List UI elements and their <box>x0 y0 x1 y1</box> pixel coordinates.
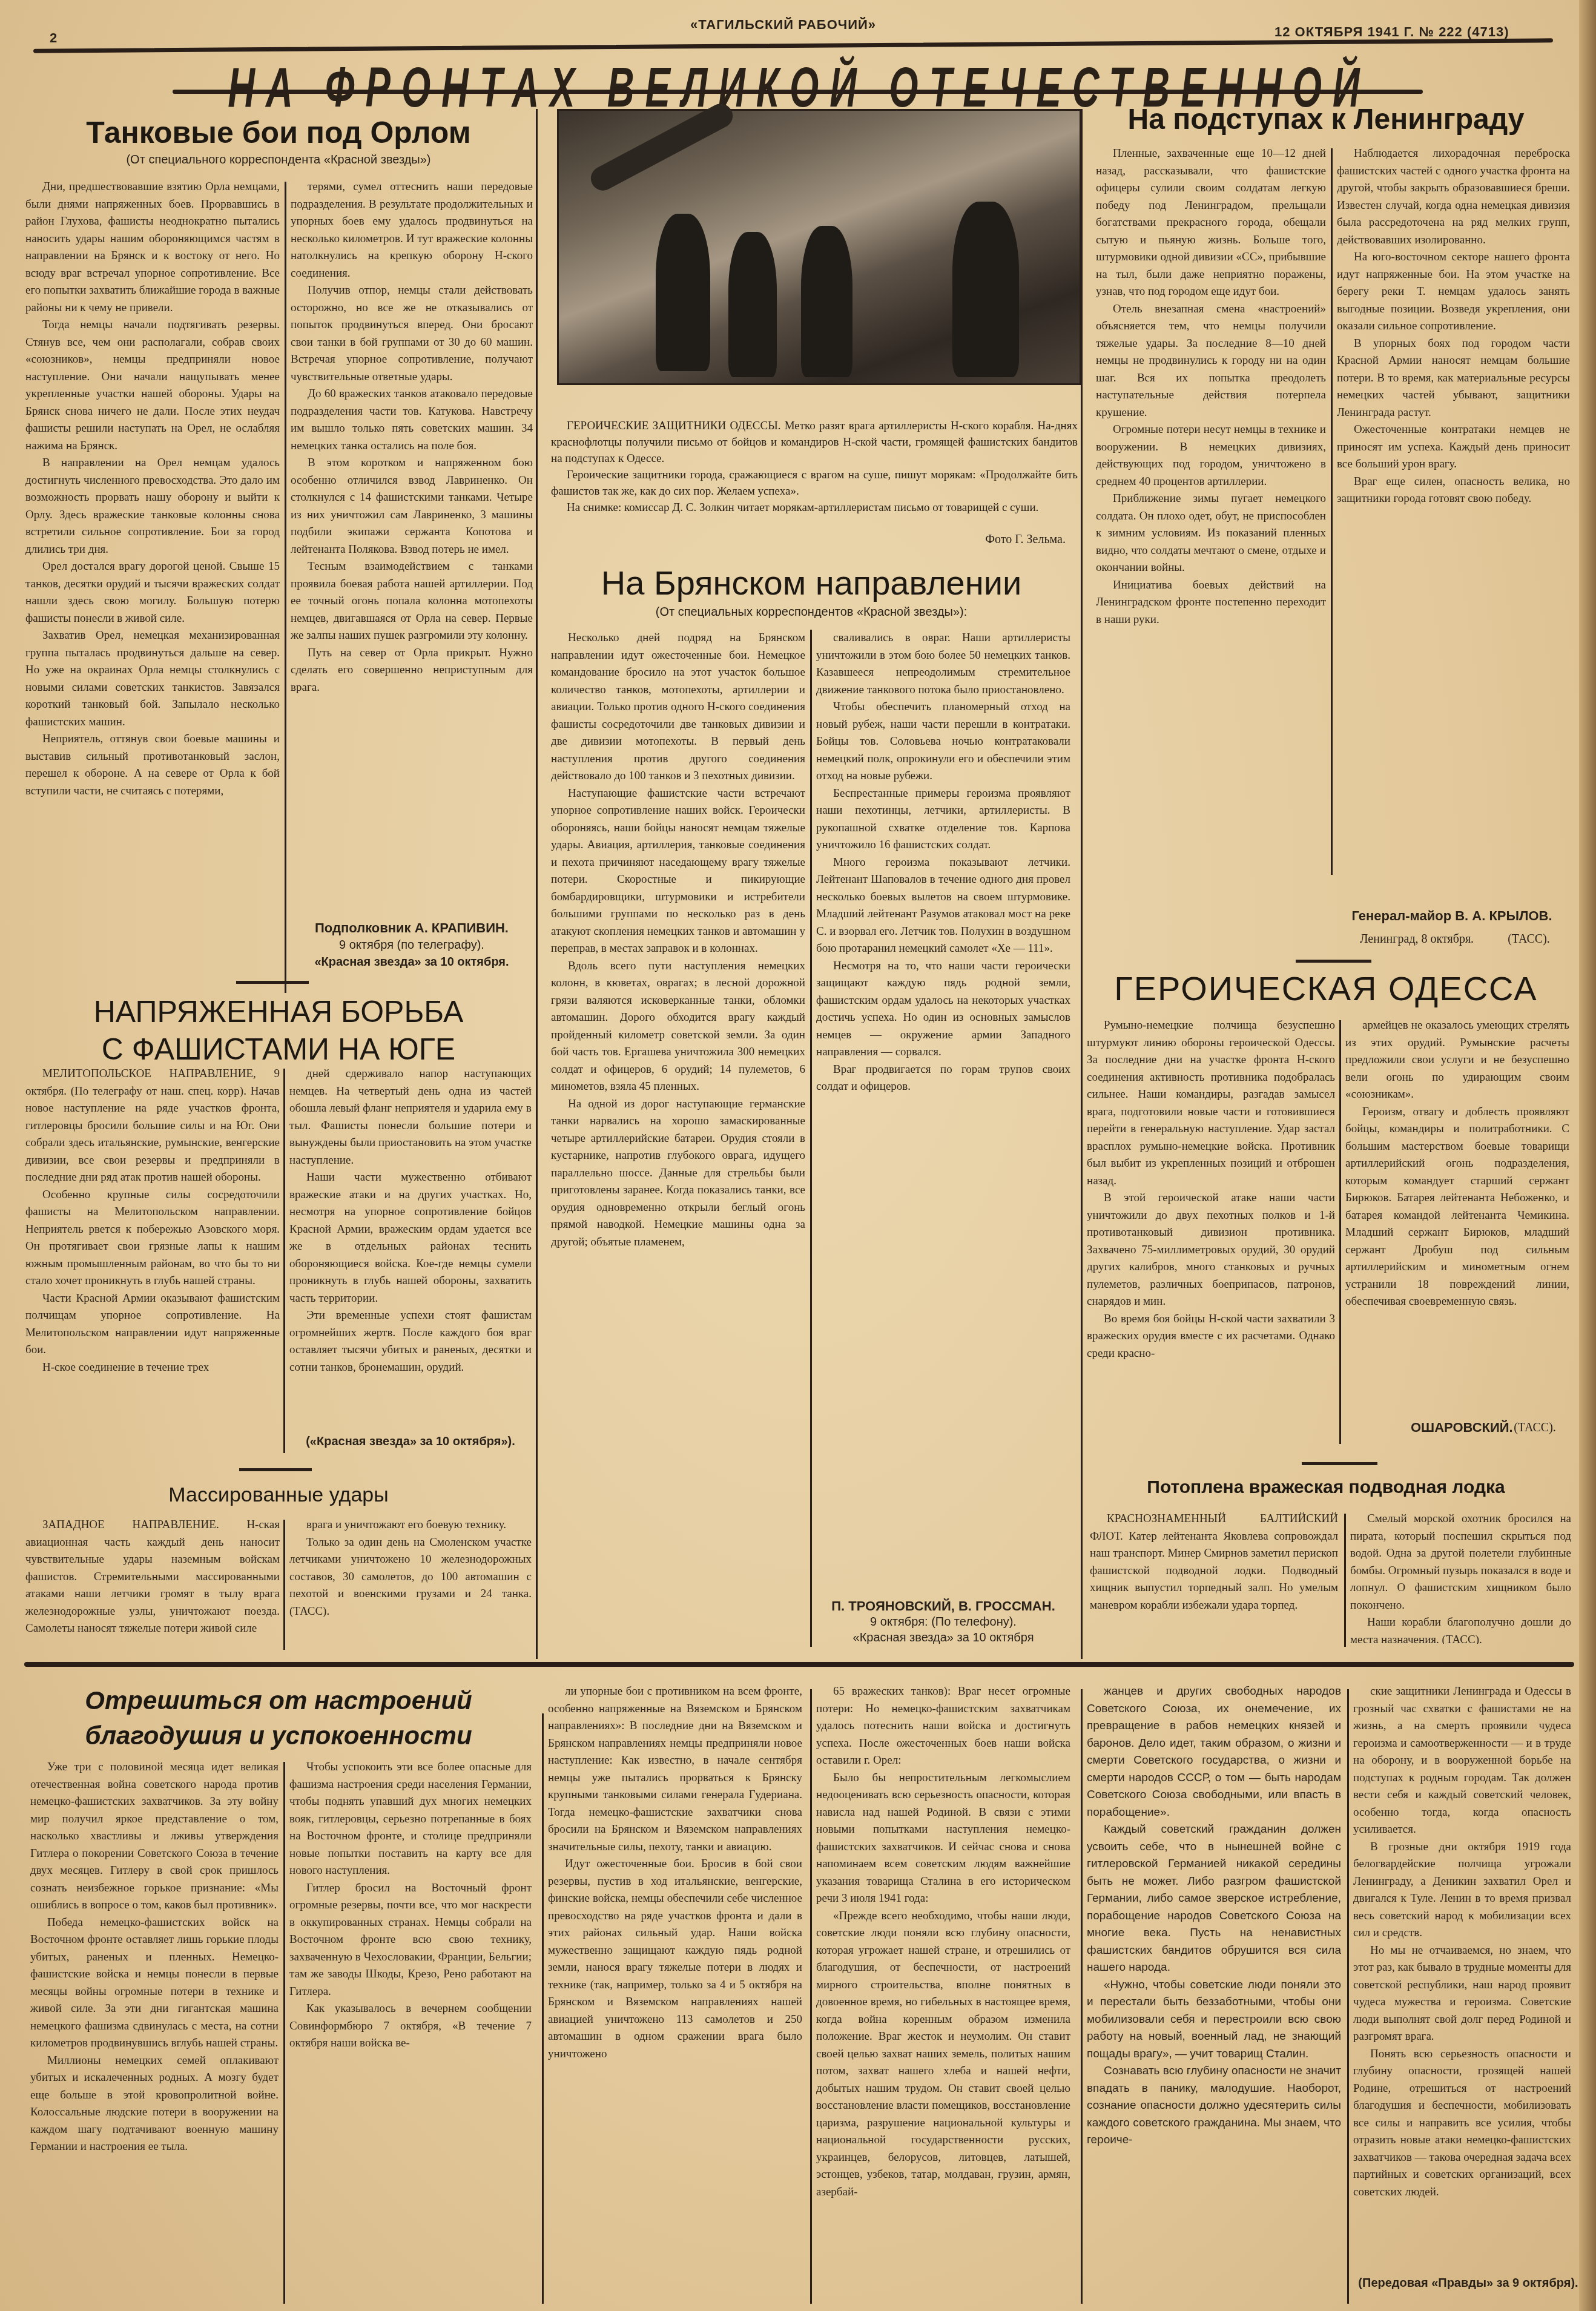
page-number: 2 <box>50 30 58 46</box>
article-submarine-col2: Смелый морской охотник бросился на пират… <box>1350 1511 1571 1644</box>
headline-bryansk: На Брянском направлении <box>539 563 1084 602</box>
photo-odessa-sailors <box>557 109 1081 385</box>
article-odessa-col1: Румыно-немецкие полчища безуспешно штурм… <box>1087 1017 1335 1441</box>
headline-submarine: Потоплена вражеская подводная лодка <box>1087 1477 1565 1498</box>
dateline-bryansk: 9 октября: (По телефону). <box>816 1615 1070 1629</box>
column-divider <box>1331 148 1333 875</box>
column-divider <box>283 1762 285 2304</box>
issue-date: 12 ОКТЯБРЯ 1941 Г. № 222 (4713) <box>1274 24 1509 40</box>
dateline-leningrad: Ленинград, 8 октября. <box>1356 932 1477 946</box>
section-divider <box>24 1662 1574 1667</box>
banner-underline <box>173 90 1423 94</box>
subhead-bryansk: (От специальных корреспондентов «Красной… <box>539 605 1084 619</box>
separator <box>1296 960 1371 963</box>
headline-orel: Танковые бои под Орлом <box>24 115 533 150</box>
article-massive-col2: врага и уничтожают его боевую технику.То… <box>289 1517 532 1650</box>
subhead-orel: (От специального корреспондента «Красной… <box>24 153 533 167</box>
article-bryansk-col1: Несколько дней подряд на Брянском направ… <box>551 630 805 1647</box>
column-divider <box>810 630 812 1647</box>
editorial-col5: жанцев и других свободных народов Советс… <box>1087 1683 1341 2304</box>
column-divider <box>1347 1689 1349 2304</box>
article-submarine-col1: КРАСНОЗНАМЕННЫЙ БАЛТИЙСКИЙ ФЛОТ. Катер л… <box>1090 1511 1338 1644</box>
article-massive-col1: ЗАПАДНОЕ НАПРАВЛЕНИЕ. Н-ская авиационная… <box>25 1517 280 1650</box>
column-divider <box>536 109 538 1659</box>
headline-south-line1: НАПРЯЖЕННАЯ БОРЬБА <box>24 993 533 1030</box>
article-south-col2: дней сдерживало напор наступающих немцев… <box>289 1066 532 1405</box>
editorial-col6: ские защитники Ленинграда и Одессы в гро… <box>1353 1683 1571 2264</box>
photo-credit: Фото Г. Зельма. <box>908 533 1066 547</box>
byline-odessa: ОШАРОВСКИЙ. <box>1411 1420 1502 1436</box>
photo-caption: ГЕРОИЧЕСКИЕ ЗАЩИТНИКИ ОДЕССЫ. Метко разя… <box>551 418 1078 516</box>
headline-south-line2: С ФАШИСТАМИ НА ЮГЕ <box>24 1030 533 1068</box>
column-divider <box>285 182 286 993</box>
headline-editorial: Отрешиться от настроений благодушия и ус… <box>24 1683 533 1753</box>
headline-leningrad: На подступах к Ленинграду <box>1087 103 1565 136</box>
article-bryansk-col2: сваливались в овраг. Наши артиллеристы у… <box>816 630 1070 1574</box>
headline-editorial-line1: Отрешиться от настроений <box>24 1683 533 1718</box>
editorial-col4: 65 вражеских танков): Враг несет огромны… <box>816 1683 1070 2304</box>
separator <box>239 1468 312 1471</box>
headline-editorial-line2: благодушия и успокоенности <box>24 1718 533 1753</box>
source-editorial: (Передовая «Правды» за 9 октября). <box>1353 2276 1583 2290</box>
source-orel: «Красная звезда» за 10 октября. <box>291 955 533 969</box>
column-divider <box>542 1713 544 2304</box>
article-leningrad-col1: Пленные, захваченные еще 10—12 дней наза… <box>1096 145 1326 878</box>
article-odessa-col2: армейцев не оказалось умеющих стрелять и… <box>1345 1017 1569 1405</box>
agency-leningrad: (ТАСС). <box>1495 932 1562 946</box>
column-divider <box>810 1689 812 2304</box>
newspaper-name: «ТАГИЛЬСКИЙ РАБОЧИЙ» <box>690 17 876 33</box>
source-south: («Красная звезда» за 10 октября»). <box>289 1435 532 1449</box>
headline-south: НАПРЯЖЕННАЯ БОРЬБА С ФАШИСТАМИ НА ЮГЕ <box>24 993 533 1068</box>
byline-leningrad: Генерал-майор В. А. КРЫЛОВ. <box>1337 908 1567 924</box>
page-edge <box>1579 0 1596 2311</box>
byline-orel: Подполковник А. КРАПИВИН. <box>291 920 533 936</box>
article-orel-col1: Дни, предшествовавшие взятию Орла немцам… <box>25 179 280 990</box>
column-divider <box>1081 109 1083 1659</box>
article-leningrad-col2: Наблюдается лихорадочная переброска фаши… <box>1337 145 1570 854</box>
editorial-col1: Уже три с половиной месяца идет великая … <box>30 1759 279 2304</box>
column-divider <box>283 1069 285 1453</box>
dateline-orel: 9 октября (по телеграфу). <box>291 938 533 952</box>
column-divider <box>1081 1689 1083 2304</box>
separator <box>1302 1462 1377 1465</box>
agency-odessa: (ТАСС). <box>1505 1421 1565 1435</box>
headline-odessa: ГЕРОИЧЕСКАЯ ОДЕССА <box>1087 969 1565 1008</box>
byline-bryansk: П. ТРОЯНОВСКИЙ, В. ГРОССМАН. <box>816 1598 1070 1614</box>
editorial-col3: ли упорные бои с противником на всем фро… <box>548 1683 802 2304</box>
column-divider <box>1344 1514 1346 1647</box>
article-orel-col2: терями, сумел оттеснить наши передовые п… <box>291 179 533 851</box>
source-bryansk: «Красная звезда» за 10 октября <box>816 1631 1070 1645</box>
separator <box>236 981 309 984</box>
article-south-col1: МЕЛИТОПОЛЬСКОЕ НАПРАВЛЕНИЕ, 9 октября. (… <box>25 1066 280 1453</box>
column-divider <box>1339 1020 1341 1444</box>
column-divider <box>283 1520 285 1650</box>
headline-massive: Массированные удары <box>24 1483 533 1507</box>
editorial-col2: Чтобы успокоить эти все более опасные дл… <box>289 1759 532 2304</box>
